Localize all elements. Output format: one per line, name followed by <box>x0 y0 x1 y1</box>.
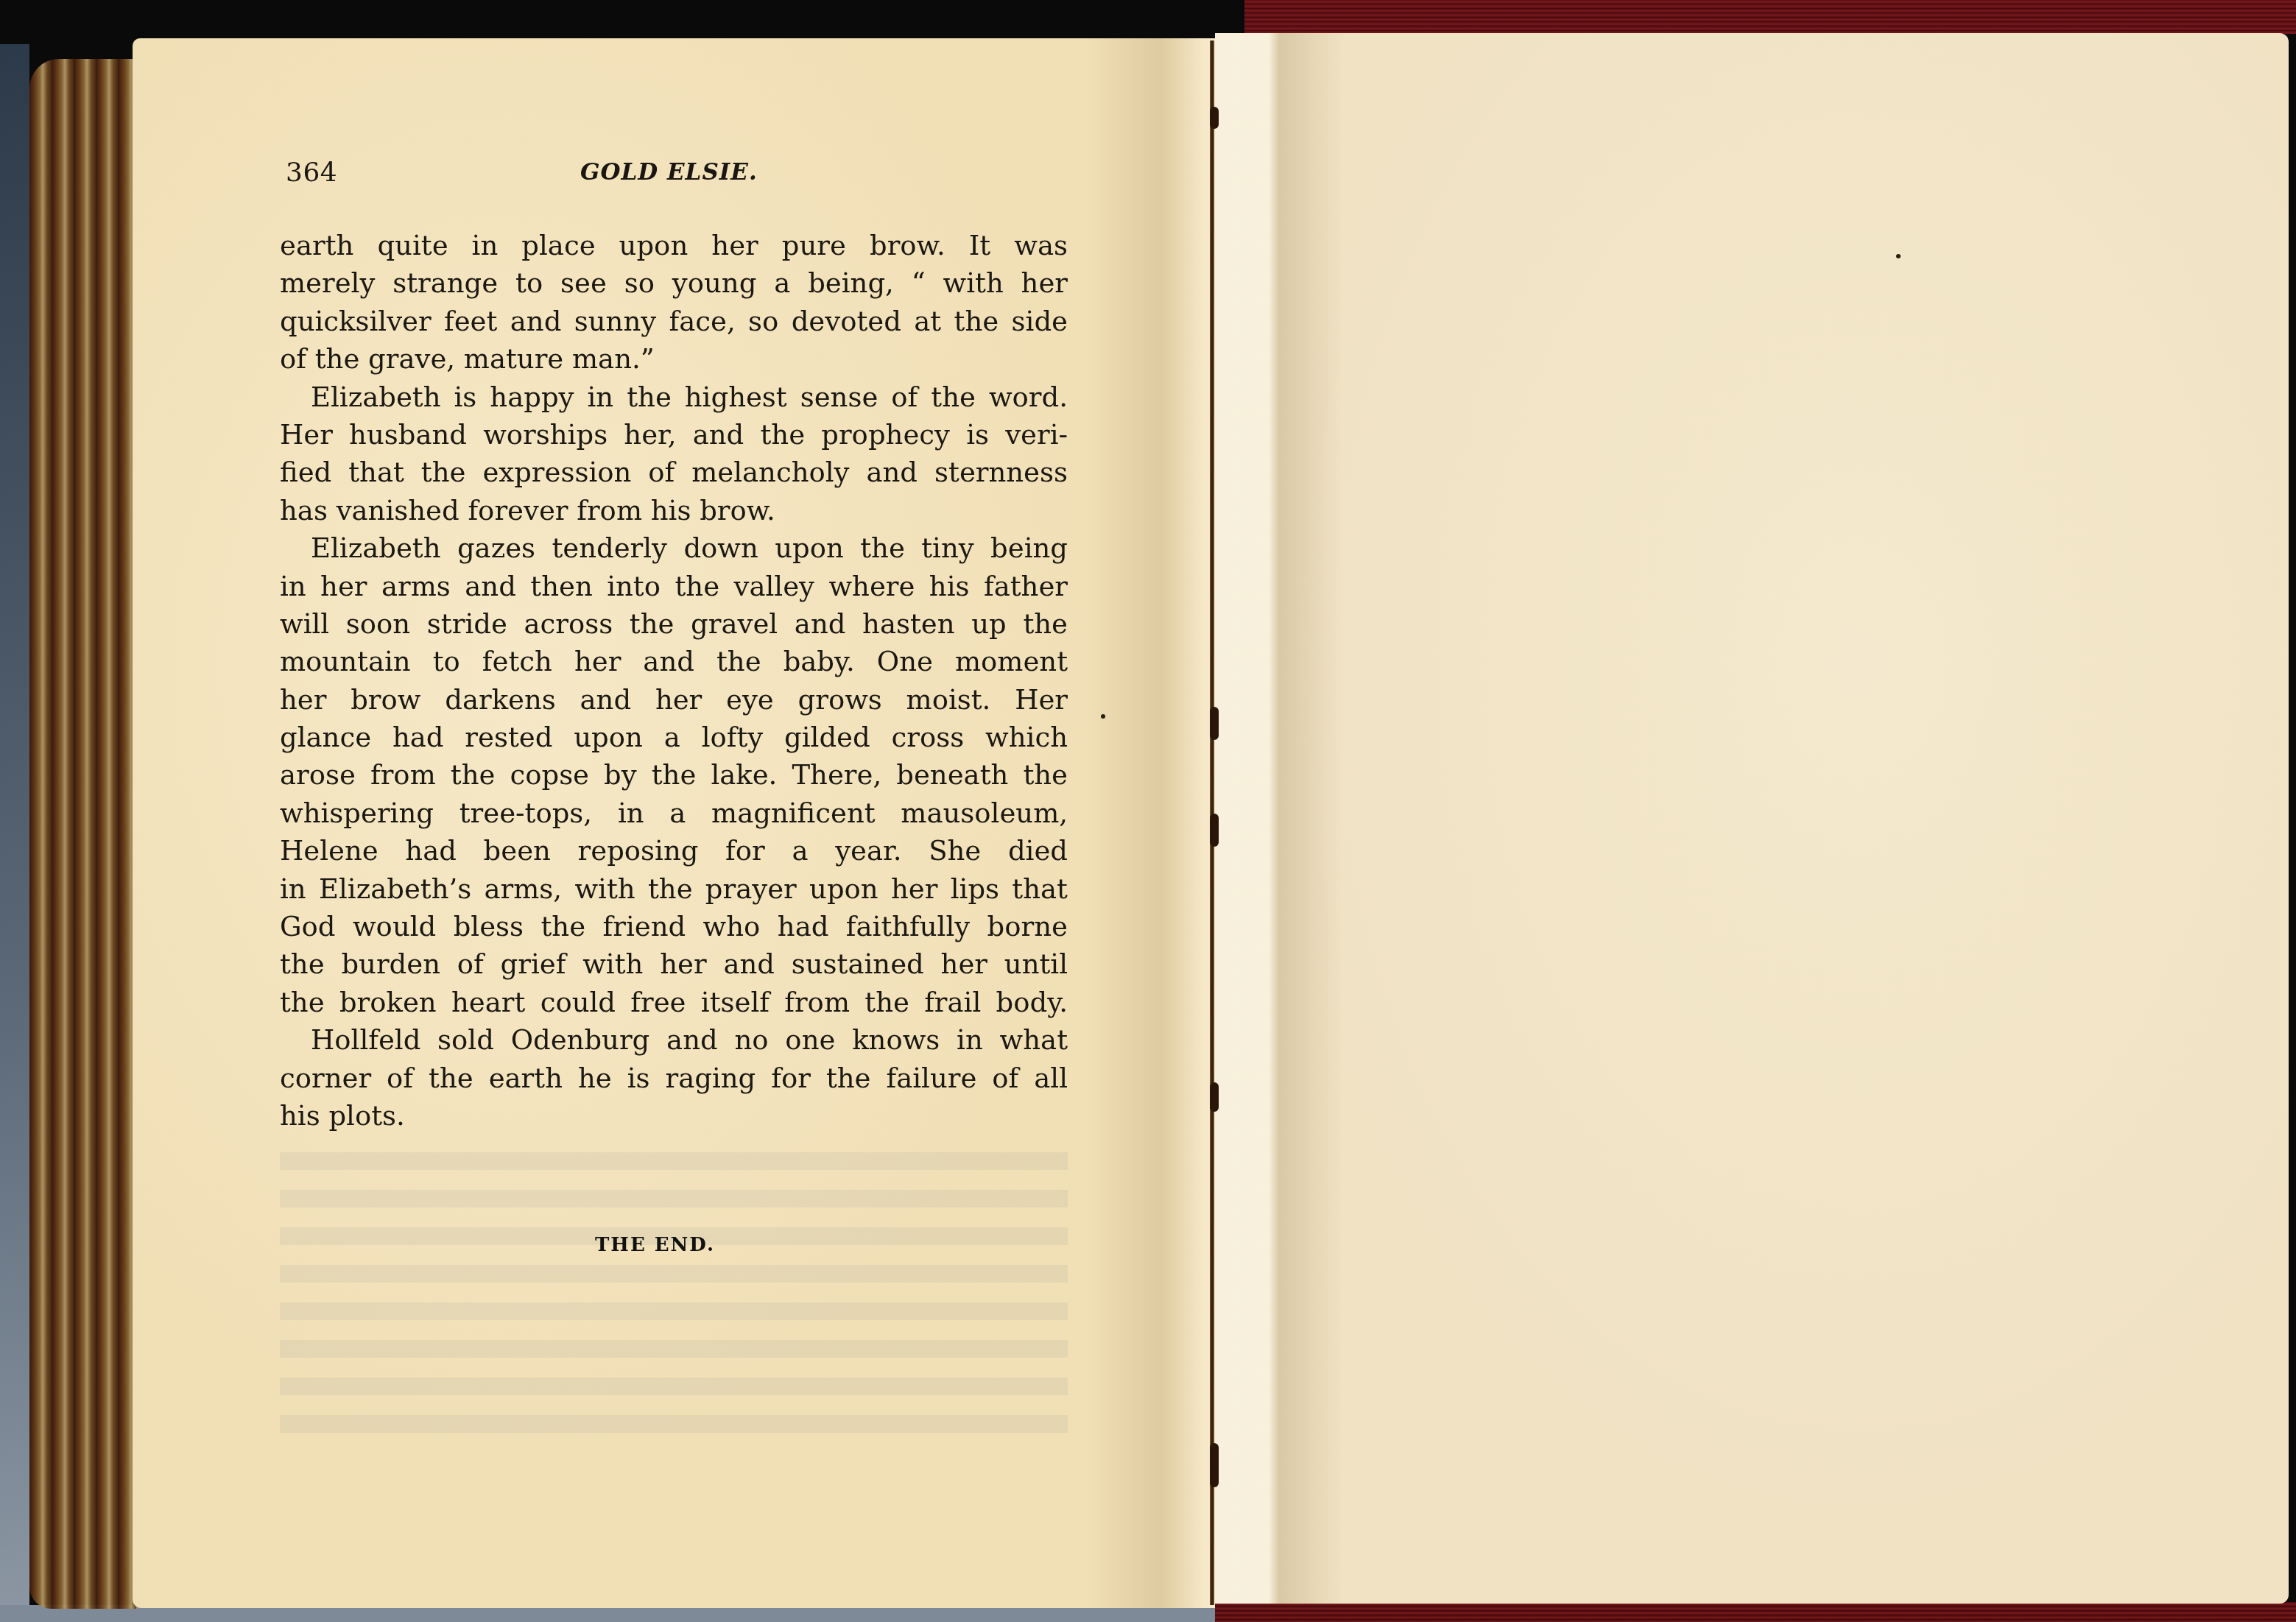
body-text: earth quite in place upon her pure brow.… <box>280 227 1068 1135</box>
gutter-tear <box>1210 1443 1219 1487</box>
paper-speck <box>1896 254 1901 258</box>
paragraph-start: Elizabeth is happy in the highest sense … <box>280 378 1068 416</box>
text-line: in Elizabeth’s arms, with the prayer upo… <box>280 870 1068 908</box>
show-through-text <box>280 1138 1068 1447</box>
paragraph-start: Elizabeth gazes tenderly down upon the t… <box>280 529 1068 567</box>
gutter-tear <box>1210 814 1219 847</box>
text-line: will soon stride across the gravel and h… <box>280 605 1068 643</box>
text-line: his plots. <box>280 1097 1068 1135</box>
text-line: the broken heart could free itself from … <box>280 984 1068 1021</box>
text-line: merely strange to see so young a being, … <box>280 264 1068 302</box>
text-line: quicksilver feet and sunny face, so devo… <box>280 303 1068 340</box>
text-line: of the grave, mature man.” <box>280 340 1068 378</box>
scan-background <box>0 44 29 1622</box>
text-line: corner of the earth he is raging for the… <box>280 1059 1068 1097</box>
page-number: 364 <box>286 158 337 188</box>
cloth-binding-top <box>1244 0 2296 34</box>
cloth-binding-bottom <box>1215 1602 2296 1622</box>
gutter-tear <box>1210 1082 1219 1112</box>
right-page-blank <box>1215 33 2289 1604</box>
the-end-closing: THE END. <box>595 1234 715 1256</box>
text-line: in her arms and then into the valley whe… <box>280 568 1068 605</box>
text-line: the burden of grief with her and sustain… <box>280 945 1068 983</box>
paper-speck <box>1101 714 1105 719</box>
page-edges-stack <box>29 59 136 1609</box>
gutter-tear <box>1210 707 1219 740</box>
gutter-tear <box>1210 107 1219 129</box>
text-line: God would bless the friend who had faith… <box>280 908 1068 945</box>
text-line: mountain to fetch her and the baby. One … <box>280 643 1068 680</box>
text-line: whispering tree-tops, in a magnificent m… <box>280 794 1068 832</box>
text-line: Helene had been reposing for a year. She… <box>280 832 1068 870</box>
running-head: 364 GOLD ELSIE. <box>286 158 1066 194</box>
text-line: has vanished forever from his brow. <box>280 492 1068 529</box>
text-line: earth quite in place upon her pure brow.… <box>280 227 1068 264</box>
text-line: glance had rested upon a lofty gilded cr… <box>280 719 1068 756</box>
book-title-header: GOLD ELSIE. <box>580 159 758 186</box>
text-line: Her husband worships her, and the prophe… <box>280 416 1068 454</box>
text-line: arose from the copse by the lake. There,… <box>280 756 1068 794</box>
paragraph-start: Hollfeld sold Odenburg and no one knows … <box>280 1021 1068 1059</box>
text-line: her brow darkens and her eye grows moist… <box>280 681 1068 719</box>
text-line: fied that the expression of melancholy a… <box>280 454 1068 491</box>
